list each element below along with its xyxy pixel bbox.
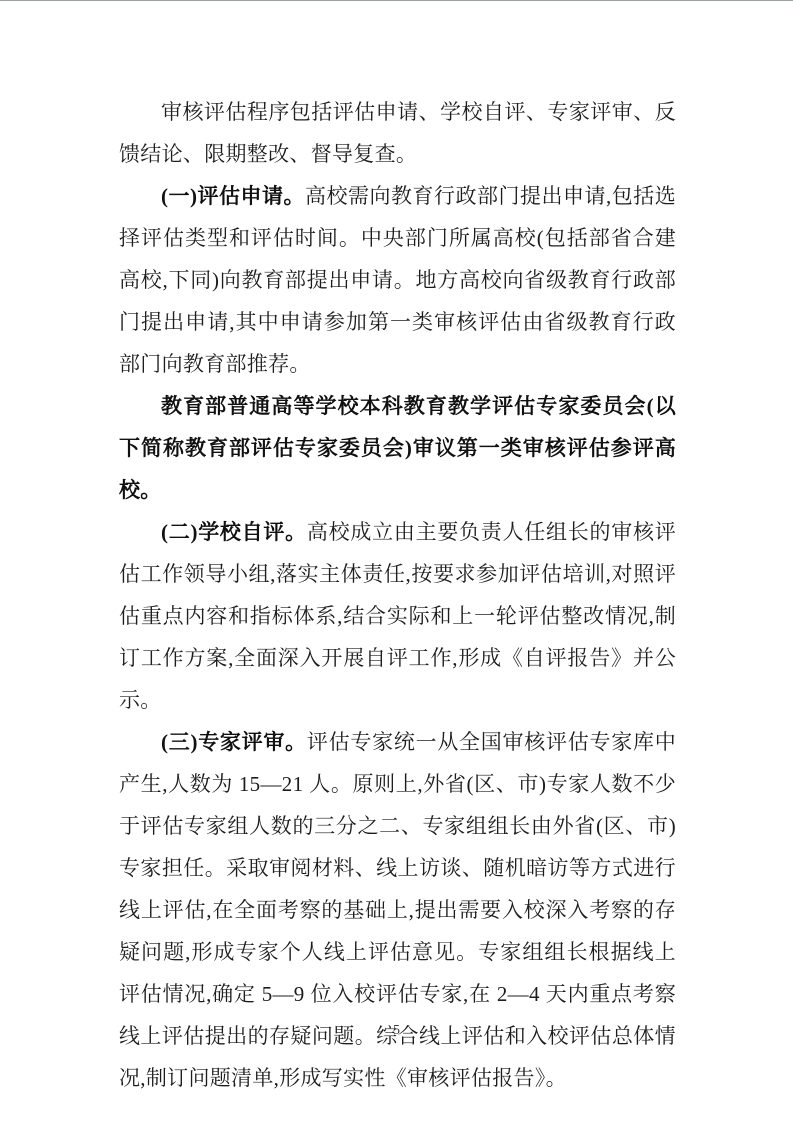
document-page: 审核评估程序包括评估申请、学校自评、专家评审、反馈结论、限期整改、督导复查。(一…: [0, 0, 793, 1122]
paragraph: (一)评估申请。高校需向教育行政部门提出申请,包括选择评估类型和评估时间。中央部…: [119, 175, 676, 385]
paragraph-lead-bold: (三)专家评审。: [161, 730, 307, 754]
paragraph-lead-bold: (一)评估申请。: [161, 184, 305, 208]
paragraph-text: 审核评估程序包括评估申请、学校自评、专家评审、反馈结论、限期整改、督导复查。: [119, 100, 676, 166]
document-paragraphs: 审核评估程序包括评估申请、学校自评、专家评审、反馈结论、限期整改、督导复查。(一…: [119, 91, 676, 1099]
page-number: 5: [393, 1019, 400, 1043]
page-footer: 5: [0, 1019, 793, 1043]
paragraph: 审核评估程序包括评估申请、学校自评、专家评审、反馈结论、限期整改、督导复查。: [119, 91, 676, 175]
paragraph-lead-bold: 教育部普通高等学校本科教育教学评估专家委员会(以下简称教育部评估专家委员会)审议…: [119, 394, 676, 502]
paragraph-lead-bold: (二)学校自评。: [161, 520, 307, 544]
paragraph-text: 高校成立由主要负责人任组长的审核评估工作领导小组,落实主体责任,按要求参加评估培…: [119, 520, 676, 712]
paragraph-text: 高校需向教育行政部门提出申请,包括选择评估类型和评估时间。中央部门所属高校(包括…: [119, 184, 676, 376]
paragraph: 教育部普通高等学校本科教育教学评估专家委员会(以下简称教育部评估专家委员会)审议…: [119, 385, 676, 511]
paragraph: (二)学校自评。高校成立由主要负责人任组长的审核评估工作领导小组,落实主体责任,…: [119, 511, 676, 721]
